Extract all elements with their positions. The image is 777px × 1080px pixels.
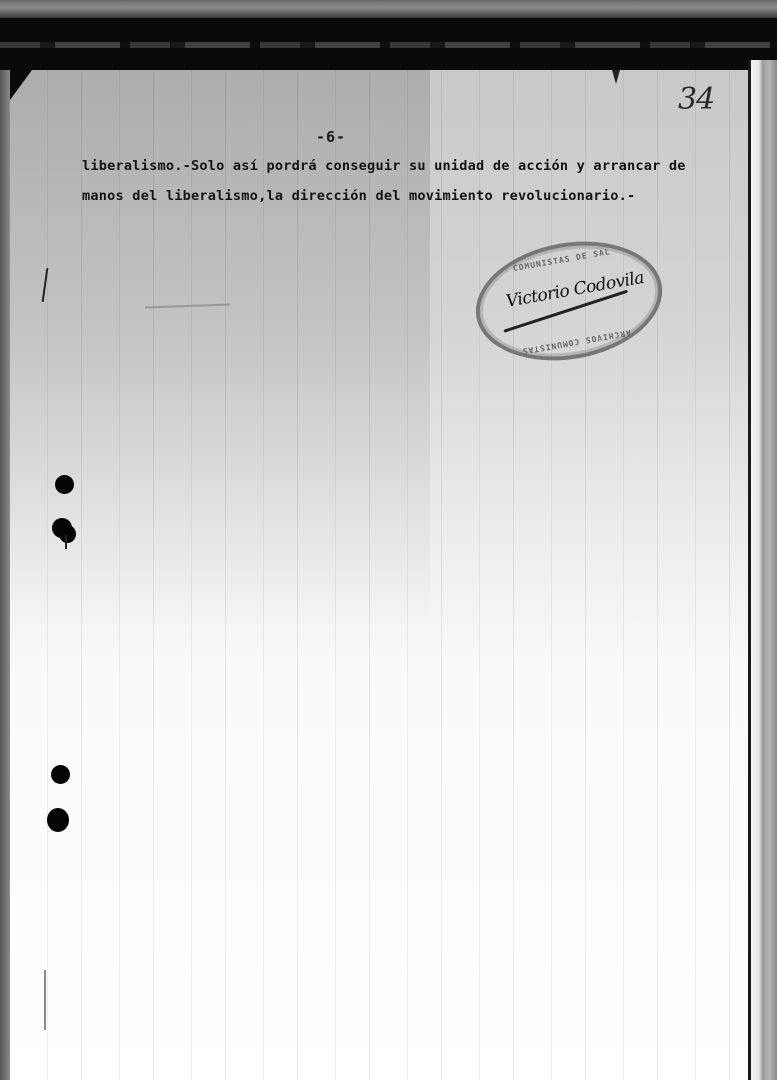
- page-left-edge: [0, 70, 10, 1080]
- punch-hole-icon: [59, 525, 76, 543]
- page-number: -6-: [316, 128, 346, 146]
- ink-mark: [65, 535, 67, 549]
- scan-band: [0, 42, 777, 48]
- punch-hole-icon: [47, 808, 69, 832]
- body-line-2: manos del liberalismo,la dirección del m…: [82, 188, 635, 204]
- ink-mark: [44, 970, 46, 1030]
- body-line-1: liberalismo.-Solo así pordrá conseguir s…: [82, 158, 686, 174]
- document-page: [10, 70, 750, 1080]
- right-margin: [751, 60, 777, 1080]
- scan-top-strip: [0, 0, 777, 18]
- folio-number: 34: [678, 82, 714, 117]
- punch-hole-icon: [51, 765, 70, 784]
- punch-hole-icon: [55, 475, 74, 494]
